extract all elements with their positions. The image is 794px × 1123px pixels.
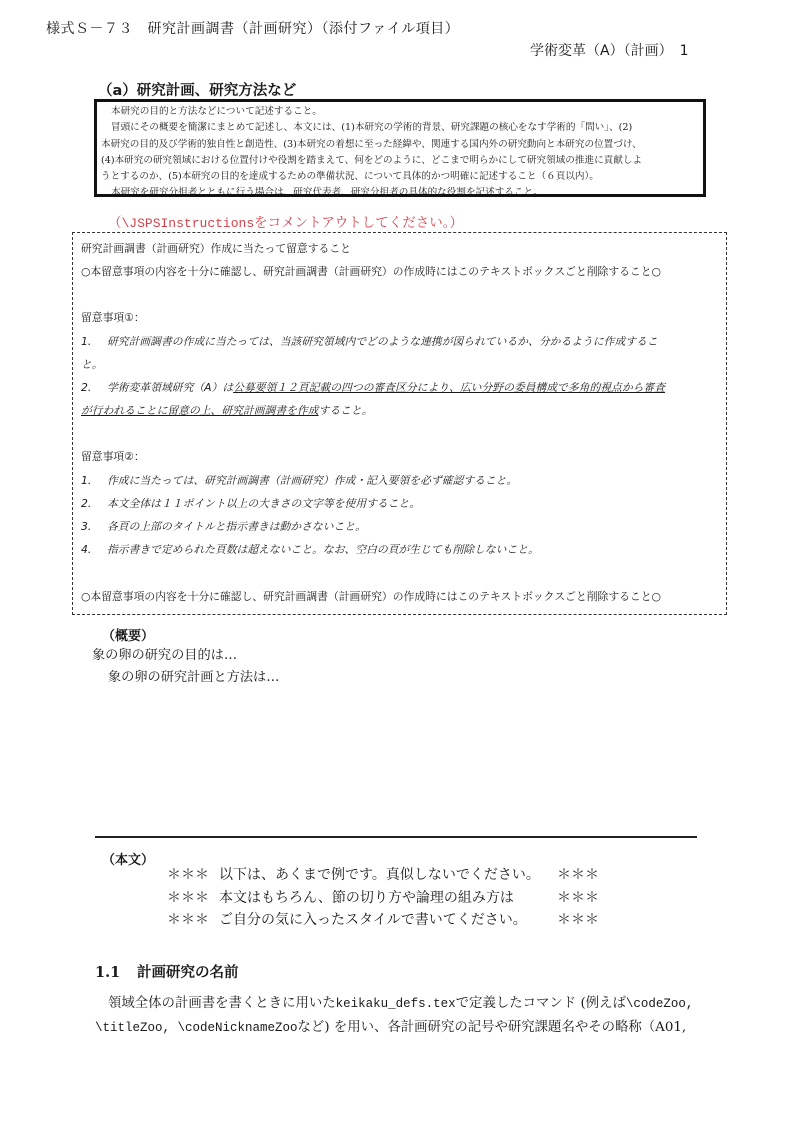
notes-group1-heading: 留意事項①： [81,310,145,325]
asterisks: ＊＊＊ [557,909,599,929]
overview-line: 象の卵の研究の目的は… [92,644,237,663]
delete-notice-bottom: ○本留意事項の内容を十分に確認し、研究計画調書（計画研究）の作成時にはこのテキス… [81,589,661,604]
notes-group1-item: 1.研究計画調書の作成に当たっては、当該研究領域内でどのような連携が図られている… [81,334,658,349]
item-number: 1. [81,335,107,348]
overview-heading: （概要） [102,625,154,644]
jsps-command: \JSPSInstructions [122,216,255,231]
item-text: 研究計画調書の作成に当たっては、当該研究領域内でどのような連携が図られているか、… [107,335,658,348]
notes-group1-item-cont: と。 [81,357,103,372]
item-text: 学術変革領域研究（A）は [107,381,233,394]
example-notice-line: ＊＊＊ご自分の気に入ったスタイルで書いてください。＊＊＊ [167,909,527,929]
item-number: 2. [81,381,107,394]
instruction-line: (4)本研究の研究領域における位置付けや役割を踏まえて、何をどのように、どこまで… [101,153,699,169]
page-label: 学術変革（A）（計画） 1 [530,40,688,60]
notes-group2-item: 3.各頁の上部のタイトルと指示書きは動かさないこと。 [81,519,366,534]
asterisks: ＊＊＊ [167,864,219,884]
note-prefix: （ [108,215,122,231]
notes-group2-item: 1.作成に当たっては、研究計画調書（計画研究）作成・記入要領を必ず確認すること。 [81,473,517,488]
section-1-1-heading: 1.1計画研究の名前 [95,961,239,982]
instruction-line: うとするのか、(5)本研究の目的を達成するための準備状況、について具体的かつ明確… [101,169,699,185]
section-title: 計画研究の名前 [137,965,239,981]
notes-group2-heading: 留意事項②： [81,449,145,464]
notes-group2-item: 2.本文全体は１１ポイント以上の大きさの文字等を使用すること。 [81,496,420,511]
asterisks: ＊＊＊ [167,909,219,929]
example-notice-line: ＊＊＊以下は、あくまで例です。真似しないでください。＊＊＊ [167,864,540,884]
item-text: 本文全体は１１ポイント以上の大きさの文字等を使用すること。 [107,497,420,510]
main-text-heading: （本文） [102,849,154,868]
item-number: 4. [81,543,107,556]
section-divider [95,836,697,838]
text: 領域全体の計画書を書くときに用いた [108,996,336,1011]
overview-line: 象の卵の研究計画と方法は… [108,666,279,685]
item-number: 2. [81,497,107,510]
item-text: すること。 [319,404,373,417]
notes-group1-item-cont: が行われることに留意の上、研究計画調書を作成すること。 [81,403,373,418]
notice-text: 本文はもちろん、節の切り方や論理の組み方は [219,890,514,906]
asterisks: ＊＊＊ [557,887,599,907]
section-1-1-paragraph: 領域全体の計画書を書くときに用いたkeikaku_defs.texで定義したコマ… [95,992,693,1040]
delete-notice-top: ○本留意事項の内容を十分に確認し、研究計画調書（計画研究）の作成時にはこのテキス… [81,264,661,279]
form-header-title: 様式Ｓ－７３ 研究計画調書（計画研究）（添付ファイル項目） [46,18,459,38]
text: で定義したコマンド (例えば [456,996,626,1011]
instruction-line: 本研究の目的と方法などについて記述すること。 [101,104,699,120]
item-text-underlined: 公募要領１２頁記載の四つの審査区分により、広い分野の委員構成で多角的視点から審査 [233,381,665,394]
item-text: 各頁の上部のタイトルと指示書きは動かさないこと。 [107,520,366,533]
item-number: 3. [81,520,107,533]
section-number: 1.1 [95,964,137,981]
item-text: 指示書きで定められた頁数は超えないこと。なお、空白の頁が生じても削除しないこと。 [107,543,539,556]
item-text-underlined: が行われることに留意の上、研究計画調書を作成 [81,404,319,417]
notice-text: ご自分の気に入ったスタイルで書いてください。 [219,912,527,928]
notes-textbox[interactable]: 研究計画調書（計画研究）作成に当たって留意すること ○本留意事項の内容を十分に確… [72,232,727,615]
instruction-line: 本研究を研究分担者とともに行う場合は、研究代表者、研究分担者の具体的な役割を記述… [101,185,699,201]
instruction-line: 本研究の目的及び学術的独自性と創造性、(3)本研究の着想に至った経緯や、関連する… [101,137,699,153]
item-number: 1. [81,474,107,487]
notes-group1-item: 2.学術変革領域研究（A）は公募要領１２頁記載の四つの審査区分により、広い分野の… [81,380,665,395]
comment-out-note: （\JSPSInstructionsをコメントアウトしてください。） [108,211,463,231]
paragraph-line: 領域全体の計画書を書くときに用いたkeikaku_defs.texで定義したコマ… [95,992,693,1016]
paragraph-line: \titleZoo, \codeNicknameZooなど) を用い、各計画研究… [95,1016,693,1040]
code-filename: keikaku_defs.tex [336,997,456,1011]
section-a-title: （a）研究計画、研究方法など [98,79,296,100]
item-text: 作成に当たっては、研究計画調書（計画研究）作成・記入要領を必ず確認すること。 [107,474,517,487]
instruction-line: 冒頭にその概要を簡潔にまとめて記述し、本文には、(1)本研究の学術的背景、研究課… [101,120,699,136]
notice-text: 以下は、あくまで例です。真似しないでください。 [219,867,540,883]
code-command: \codeZoo, [626,997,694,1011]
asterisks: ＊＊＊ [557,864,599,884]
example-notice-line: ＊＊＊本文はもちろん、節の切り方や論理の組み方は＊＊＊ [167,887,514,907]
notes-group2-item: 4.指示書きで定められた頁数は超えないこと。なお、空白の頁が生じても削除しないこ… [81,542,539,557]
note-suffix: をコメントアウトしてください。） [254,215,463,231]
code-command: \titleZoo, \codeNicknameZoo [95,1021,298,1035]
asterisks: ＊＊＊ [167,887,219,907]
instruction-box: 本研究の目的と方法などについて記述すること。 冒頭にその概要を簡潔にまとめて記述… [94,99,706,197]
notes-title: 研究計画調書（計画研究）作成に当たって留意すること [81,241,351,256]
text: など) を用い、各計画研究の記号や研究課題名やその略称（A01, [298,1020,687,1035]
